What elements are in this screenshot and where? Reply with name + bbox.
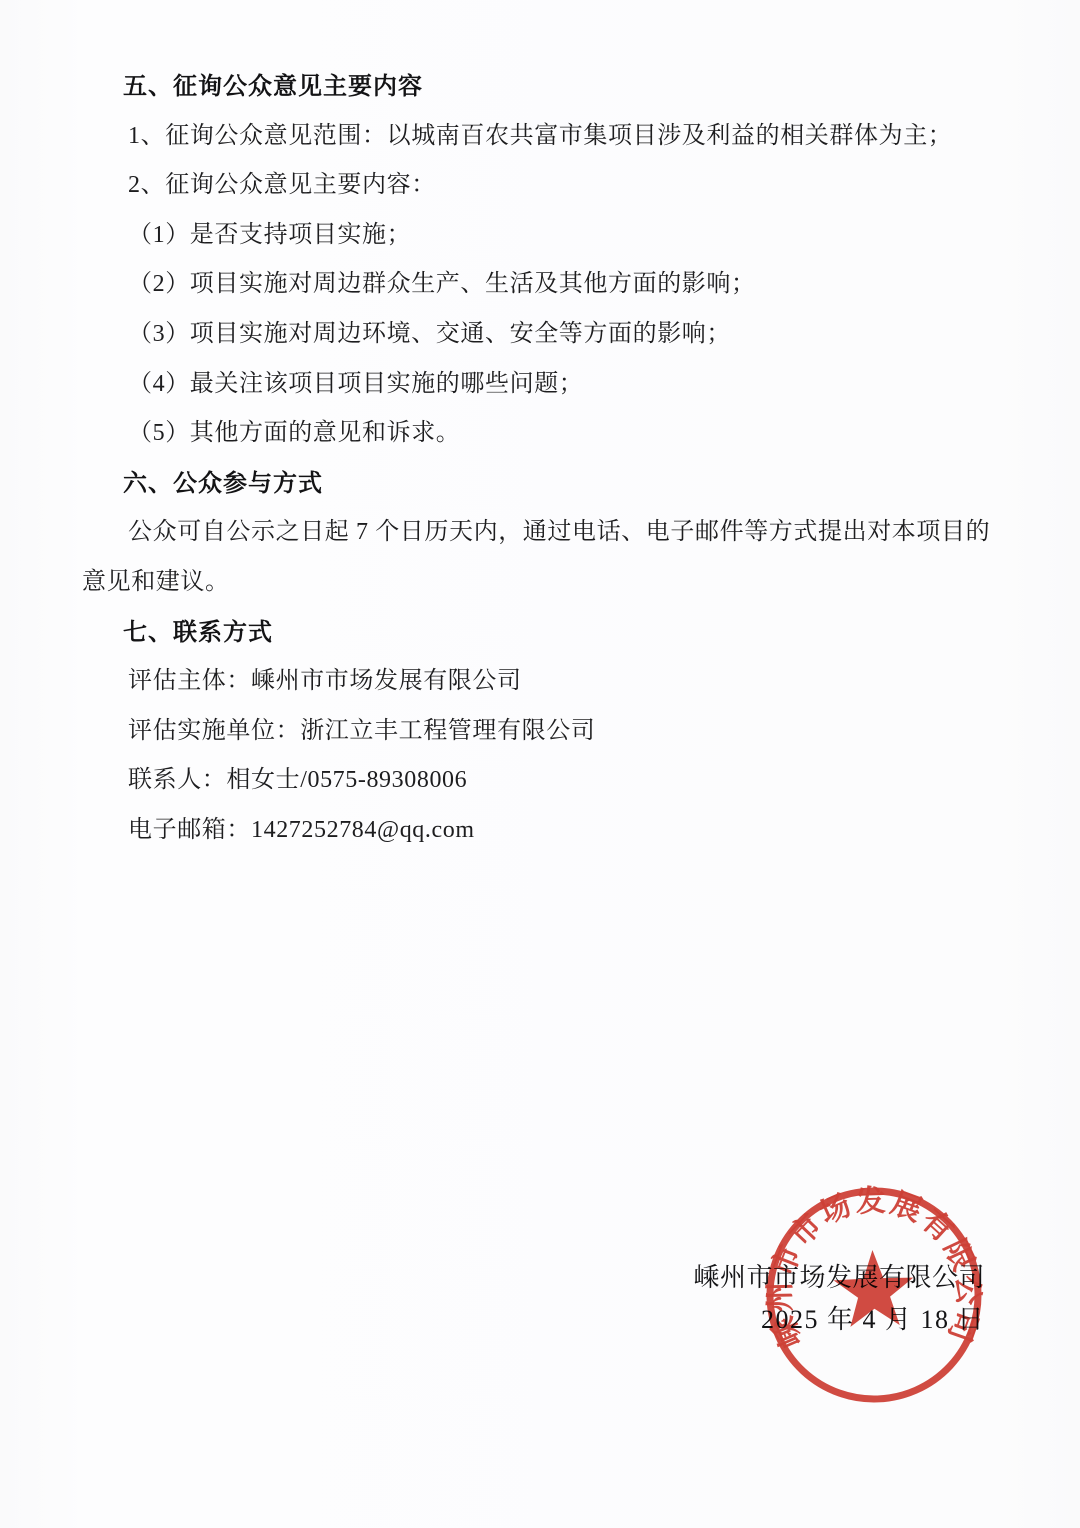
list-item-2-2: （2）项目实施对周边群众生产、生活及其他方面的影响； [82, 260, 1012, 310]
document-page: 五、征询公众意见主要内容 1、征询公众意见范围：以城南百农共富市集项目涉及利益的… [0, 0, 1080, 1528]
contact-email: 电子邮箱：1427252784@qq.com [82, 806, 1012, 856]
company-seal: 嵊州市市场发展有限公司 [755, 1176, 993, 1414]
star-icon [833, 1249, 915, 1328]
document-body: 五、征询公众意见主要内容 1、征询公众意见范围：以城南百农共富市集项目涉及利益的… [82, 62, 1012, 856]
contact-implementing-unit: 评估实施单位：浙江立丰工程管理有限公司 [82, 707, 1012, 757]
section-heading-7: 七、联系方式 [82, 608, 1012, 658]
list-item-2-4: （4）最关注该项目项目实施的哪些问题； [82, 360, 1012, 410]
contact-person-phone: 联系人：相女士/0575-89308006 [82, 756, 1012, 806]
list-item-2-5: （5）其他方面的意见和诉求。 [82, 409, 1012, 459]
section-heading-6: 六、公众参与方式 [82, 459, 1012, 509]
list-item-1: 1、征询公众意见范围：以城南百农共富市集项目涉及利益的相关群体为主； [82, 112, 1012, 162]
list-item-2-1: （1）是否支持项目实施； [82, 211, 1012, 261]
paragraph-participation-2: 意见和建议。 [82, 558, 1012, 608]
section-heading-5: 五、征询公众意见主要内容 [82, 62, 1012, 112]
list-item-2-3: （3）项目实施对周边环境、交通、安全等方面的影响； [82, 310, 1012, 360]
list-item-2: 2、征询公众意见主要内容： [82, 161, 1012, 211]
paragraph-participation-1: 公众可自公示之日起 7 个日历天内，通过电话、电子邮件等方式提出对本项目的 [82, 508, 1012, 558]
contact-evaluation-subject: 评估主体：嵊州市市场发展有限公司 [82, 657, 1012, 707]
